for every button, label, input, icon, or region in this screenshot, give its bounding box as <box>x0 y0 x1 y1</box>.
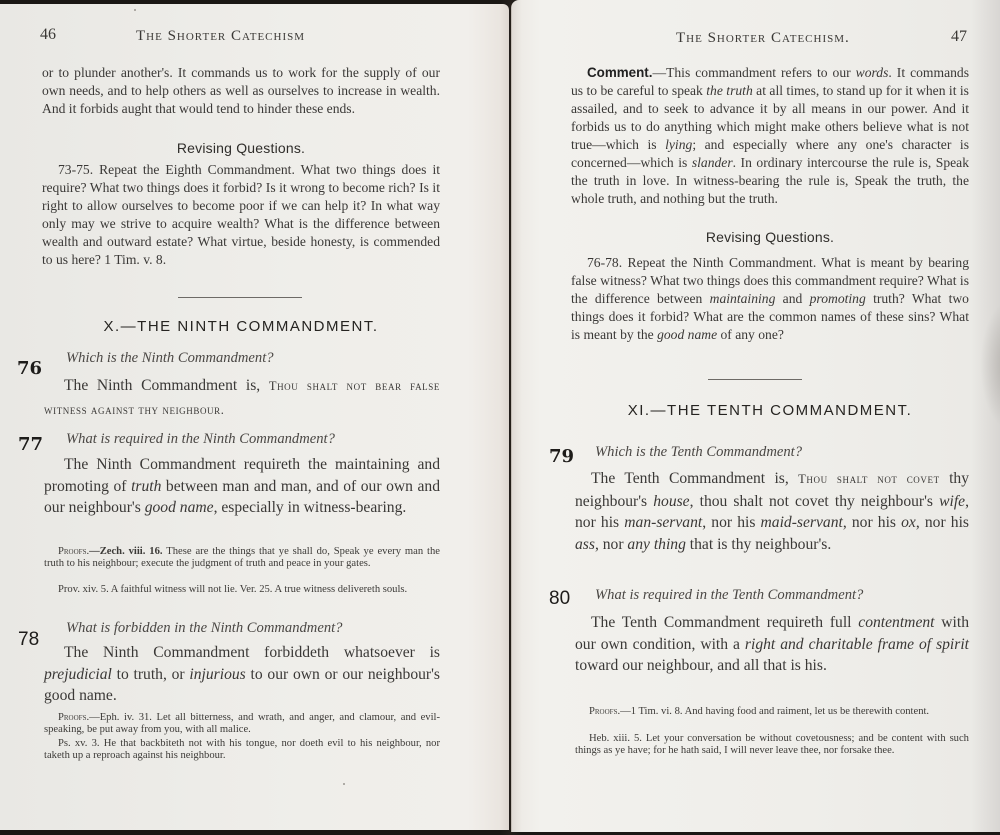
answer-emphasis: truth <box>131 478 161 495</box>
paper-speck <box>343 783 345 785</box>
proof-body: A faithful witness will not lie. Ver. 25… <box>111 584 407 595</box>
answer-part: The Tenth Commandment requireth full <box>591 614 858 631</box>
proof-text: Proofs.—Zech. viii. 16. These are the th… <box>44 546 440 571</box>
proof-body: And having food and raiment, let us be t… <box>685 706 929 717</box>
answer-emphasis: right and charitable frame of spirit <box>745 636 969 653</box>
answer-text: The Ninth Commandment forbiddeth whatsoe… <box>44 642 440 707</box>
question-text: What is required in the Ninth Commandmen… <box>66 431 335 448</box>
revising-emphasis: good name <box>657 327 717 342</box>
proof-text: Ps. xv. 3. He that backbiteth not with h… <box>44 738 440 763</box>
answer-part: , nor his <box>916 514 969 531</box>
question-text: What is required in the Tenth Commandmen… <box>595 587 863 604</box>
comment-emphasis: the truth <box>706 83 752 98</box>
question-text: What is forbidden in the Ninth Commandme… <box>66 620 342 637</box>
paper-speck <box>134 9 136 11</box>
question-text: Which is the Tenth Commandment? <box>595 444 802 461</box>
revising-questions-heading-left: Revising Questions. <box>42 140 440 156</box>
answer-emphasis: prejudicial <box>44 666 112 683</box>
section-divider <box>178 297 302 298</box>
answer-part: , nor his <box>843 514 901 531</box>
proof-lead: Proofs. <box>58 712 89 723</box>
running-head-left: The Shorter Catechism <box>136 28 305 45</box>
proof-lead: Proofs. <box>589 706 620 717</box>
comment-paragraph: Comment.—This commandment refers to our … <box>571 64 969 208</box>
left-page: 46 The Shorter Catechism or to plunder a… <box>0 4 509 830</box>
answer-emphasis: good name <box>145 499 214 516</box>
answer-part: , especially in witness-bearing. <box>214 499 407 516</box>
proof-text: Proofs.—Eph. iv. 31. Let all bitterness,… <box>44 712 440 737</box>
proof-text: Prov. xiv. 5. A faithful witness will no… <box>44 584 440 596</box>
continuation-paragraph: or to plunder another's. It commands us … <box>42 64 440 118</box>
answer-emphasis: wife <box>939 493 965 510</box>
comment-emphasis: lying <box>665 137 692 152</box>
running-head-right: The Shorter Catechism. <box>676 30 850 47</box>
comment-part: —This commandment refers to our <box>652 65 855 80</box>
question-number: 78 <box>18 629 39 651</box>
answer-part: that is thy neighbour's. <box>686 536 831 553</box>
question-text: Which is the Ninth Commandment? <box>66 350 274 367</box>
proof-ref: Prov. xiv. 5. <box>58 584 109 595</box>
revising-questions-left: 73-75. Repeat the Eighth Commandment. Wh… <box>42 161 440 269</box>
answer-text: The Ninth Commandment is, Thou shalt not… <box>44 374 440 422</box>
proof-body: He that backbiteth not with his tongue, … <box>44 738 440 761</box>
page-number-right: 47 <box>951 28 967 46</box>
revising-text: Repeat the Eighth Commandment. What two … <box>42 162 440 267</box>
comment-lead: Comment. <box>587 65 652 80</box>
comment-emphasis: slander <box>692 155 733 170</box>
revising-numbers: 76-78. <box>587 255 622 270</box>
answer-prefix: The Tenth Commandment is, <box>591 470 798 487</box>
answer-caps: Thou shalt not covet <box>798 472 940 486</box>
proof-ref: Heb. xiii. 5. <box>589 733 642 744</box>
proof-ref: —Eph. iv. 31. <box>89 712 152 723</box>
answer-emphasis: maid-servant <box>761 514 843 531</box>
comment-emphasis: words <box>856 65 889 80</box>
question-number: 80 <box>549 588 570 610</box>
answer-emphasis: any thing <box>627 536 685 553</box>
answer-part: , nor his <box>702 514 760 531</box>
revising-questions-right: 76-78. Repeat the Ninth Commandment. Wha… <box>571 254 969 344</box>
section-heading-tenth: XI.—THE TENTH COMMANDMENT. <box>571 402 969 419</box>
revising-questions-heading-right: Revising Questions. <box>571 229 969 245</box>
answer-text: The Tenth Commandment requireth full con… <box>575 612 969 677</box>
proof-lead: Proofs. <box>58 546 89 557</box>
page-number-left: 46 <box>40 26 56 44</box>
answer-emphasis: injurious <box>189 666 245 683</box>
revising-emphasis: promoting <box>810 291 866 306</box>
question-number: 76 <box>17 358 42 379</box>
question-number: 79 <box>549 446 574 467</box>
proof-text: Proofs.—1 Tim. vi. 8. And having food an… <box>575 706 969 718</box>
answer-emphasis: house <box>653 493 689 510</box>
proof-ref: Ps. xv. 3. <box>58 738 100 749</box>
section-heading-ninth: X.—THE NINTH COMMANDMENT. <box>42 318 440 335</box>
answer-part: , nor <box>595 536 627 553</box>
answer-text: The Tenth Commandment is, Thou shalt not… <box>575 468 969 555</box>
answer-emphasis: ass <box>575 536 595 553</box>
revising-part: of any one? <box>717 327 784 342</box>
answer-part: The Ninth Commandment forbiddeth whatsoe… <box>64 644 440 661</box>
question-number: 77 <box>18 434 43 455</box>
answer-text: The Ninth Commandment requireth the main… <box>44 454 440 519</box>
answer-emphasis: contentment <box>858 614 934 631</box>
answer-part: toward our neighbour, and all that is hi… <box>575 657 827 674</box>
answer-emphasis: ox <box>901 514 916 531</box>
revising-emphasis: maintaining <box>710 291 776 306</box>
answer-part: to truth, or <box>112 666 190 683</box>
answer-prefix: The Ninth Commandment is, <box>64 377 269 394</box>
book-spread: 46 The Shorter Catechism or to plunder a… <box>0 0 1000 835</box>
proof-ref: —1 Tim. vi. 8. <box>620 706 682 717</box>
revising-part: and <box>775 291 809 306</box>
right-page: The Shorter Catechism. 47 Comment.—This … <box>511 0 1000 832</box>
revising-numbers: 73-75. <box>58 162 93 177</box>
section-divider <box>708 379 802 380</box>
thumb-shadow <box>980 300 1000 430</box>
answer-emphasis: man-servant <box>624 514 702 531</box>
proof-ref: —Zech. viii. 16. <box>89 546 162 557</box>
answer-part: , thou shalt not covet thy neighbour's <box>690 493 939 510</box>
proof-text: Heb. xiii. 5. Let your conversation be w… <box>575 733 969 758</box>
